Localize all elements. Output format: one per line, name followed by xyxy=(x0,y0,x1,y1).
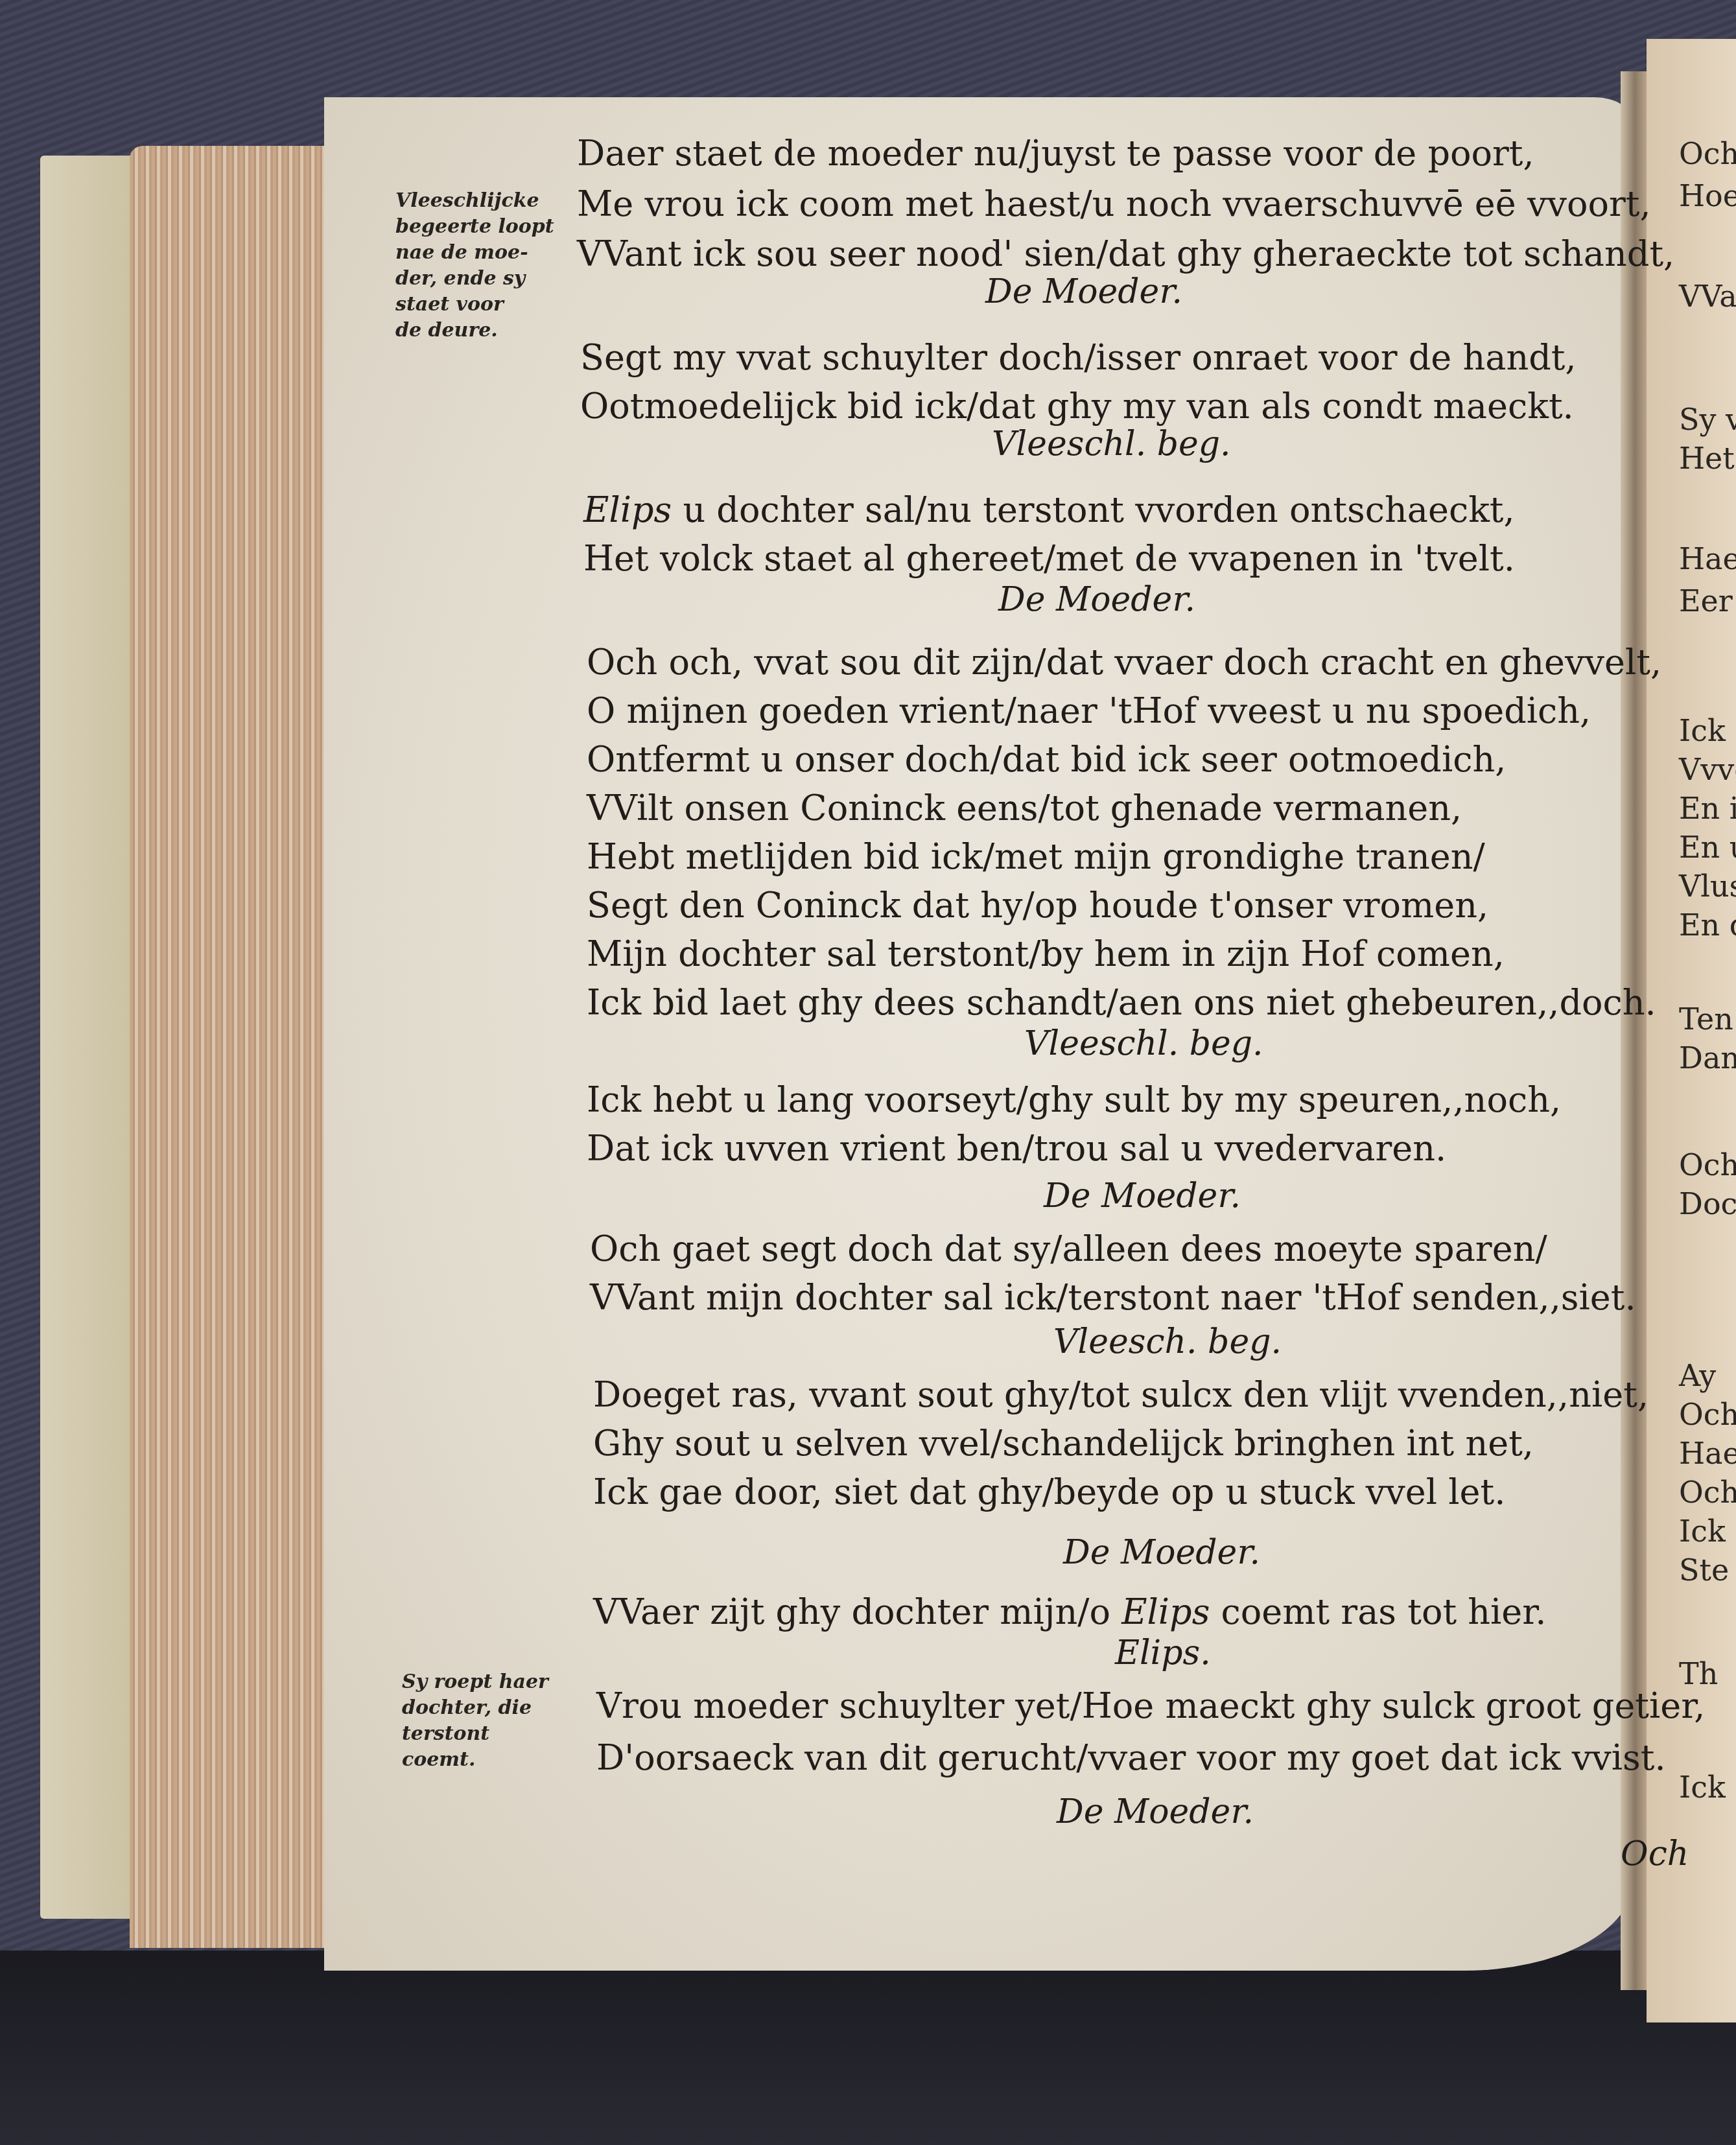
speaker-label: Vleeschl. beg. xyxy=(1024,1024,1263,1063)
verse-line: Doeget ras, vvant sout ghy/tot sulcx den… xyxy=(593,1374,1648,1415)
speaker-label: De Moeder. xyxy=(1044,1177,1241,1215)
speaker-label: De Moeder. xyxy=(985,272,1182,311)
page-edges xyxy=(130,146,344,1948)
right-page-fragment: Th xyxy=(1679,1656,1718,1691)
verse-line: O mijnen goeden vrient/naer 'tHof vveest… xyxy=(587,690,1591,731)
right-page-fragment: Ste xyxy=(1679,1553,1729,1588)
verse-line: Ghy sout u selven vvel/schandelijck brin… xyxy=(593,1423,1534,1464)
verse-line: Ootmoedelijck bid ick/dat ghy my van als… xyxy=(580,386,1574,427)
verse-line: Hebt metlijden bid ick/met mijn grondigh… xyxy=(587,836,1485,877)
verse-line: Mijn dochter sal terstont/by hem in zijn… xyxy=(587,933,1505,974)
right-page-fragment: Ick xyxy=(1679,1514,1726,1549)
verse-line: Ick bid laet ghy dees schandt/aen ons ni… xyxy=(587,982,1656,1023)
right-page-fragment: Och Li xyxy=(1679,136,1736,171)
right-page-fragment: Vvve xyxy=(1679,752,1736,787)
character-name: Elips xyxy=(1121,1591,1210,1632)
verse-line: Och gaet segt doch dat sy/alleen dees mo… xyxy=(590,1228,1547,1269)
right-page-fragment: Vlus xyxy=(1679,869,1736,904)
right-page-fragment: Och xyxy=(1679,1475,1736,1510)
speaker-label: De Moeder. xyxy=(998,580,1195,619)
verse-line: VVant ick sou seer nood' sien/dat ghy gh… xyxy=(577,233,1674,274)
right-page-fragment: Hae xyxy=(1679,1436,1736,1471)
right-page-fragment: En ick xyxy=(1679,791,1736,826)
right-page-fragment: Ten xyxy=(1679,1002,1733,1037)
right-page-fragment: VVat i xyxy=(1679,279,1736,314)
right-page-fragment: Sy vvil xyxy=(1679,402,1736,437)
speaker-label: De Moeder. xyxy=(1057,1792,1254,1831)
catchword: Och xyxy=(1621,1834,1689,1873)
speaker-label: Vleesch. beg. xyxy=(1053,1322,1282,1361)
verse-line: VVaer zijt ghy dochter mijn/o Elips coem… xyxy=(593,1591,1546,1632)
verse-line: Ick gae door, siet dat ghy/beyde op u st… xyxy=(593,1471,1505,1512)
verse-line: Daer staet de moeder nu/juyst te passe v… xyxy=(577,133,1534,174)
verse-line: Dat ick uvven vrient ben/trou sal u vved… xyxy=(587,1128,1446,1169)
right-page-fragment: Dan xyxy=(1679,1040,1736,1075)
margin-note-1: Vleeschlijcke begeerte loopt nae de moe-… xyxy=(395,188,554,344)
verse-column: Daer staet de moeder nu/juyst te passe v… xyxy=(570,0,1640,2145)
speaker-label: De Moeder. xyxy=(1063,1533,1260,1572)
verse-line: Ontfermt u onser doch/dat bid ick seer o… xyxy=(587,739,1506,780)
right-page-fragment: Eer hy xyxy=(1679,583,1736,618)
verse-line: Vrou moeder schuylter yet/Hoe maeckt ghy… xyxy=(596,1685,1705,1726)
verse-line: Segt my vvat schuylter doch/isser onraet… xyxy=(580,337,1577,378)
right-page-fragment: Ick sie xyxy=(1679,713,1736,748)
right-page-fragment: En d xyxy=(1679,908,1736,943)
right-page-fragment: Haer c xyxy=(1679,541,1736,576)
vellum-cover xyxy=(40,156,131,1919)
margin-note-2: Sy roept haer dochter, die terstont coem… xyxy=(402,1669,548,1773)
verse-line: Ick hebt u lang voorseyt/ghy sult by my … xyxy=(587,1079,1561,1120)
verse-line: Och och, vvat sou dit zijn/dat vvaer doc… xyxy=(587,642,1661,683)
verse-line: Segt den Coninck dat hy/op houde t'onser… xyxy=(587,885,1488,926)
verse-line: VVilt onsen Coninck eens/tot ghenade ver… xyxy=(587,788,1462,828)
speaker-label: Vleeschl. beg. xyxy=(992,425,1231,463)
verse-line: Elips u dochter sal/nu terstont vvorden … xyxy=(583,489,1515,530)
right-page-fragment: En u xyxy=(1679,830,1736,865)
right-page-fragment: Ay xyxy=(1679,1358,1716,1393)
right-page-fragment: Och xyxy=(1679,1397,1736,1432)
verse-line: D'oorsaeck van dit gerucht/vvaer voor my… xyxy=(596,1737,1666,1778)
verse-line: Het volck staet al ghereet/met de vvapen… xyxy=(583,538,1515,579)
character-name: Elips xyxy=(583,489,672,530)
speaker-label: Elips. xyxy=(1115,1634,1211,1672)
right-page-fragment: Doc xyxy=(1679,1186,1736,1221)
verse-line: VVant mijn dochter sal ick/terstont naer… xyxy=(590,1277,1636,1318)
right-page-fragment: Och xyxy=(1679,1147,1736,1182)
right-page-fragment: Hoe le xyxy=(1679,178,1736,213)
verse-line: Me vrou ick coom met haest/u noch vvaers… xyxy=(577,183,1651,224)
right-page-fragment: Ick xyxy=(1679,1770,1726,1805)
right-page-fragment: Het vo xyxy=(1679,441,1736,476)
